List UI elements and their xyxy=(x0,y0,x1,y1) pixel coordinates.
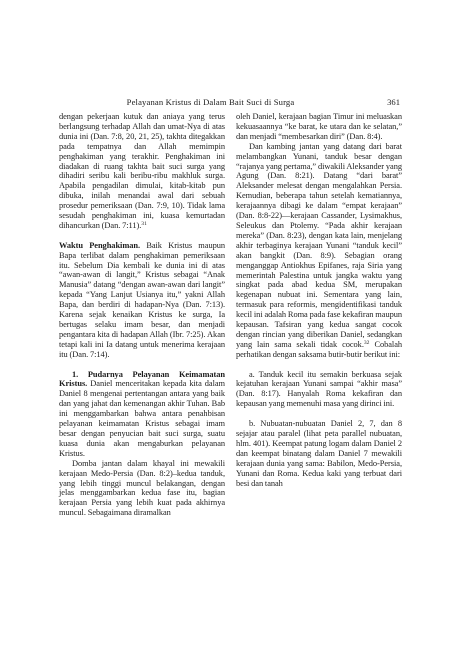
page-number-label: 361 xyxy=(387,97,400,107)
paragraph: Domba jantan dalam khayal ini mewakili k… xyxy=(59,459,225,518)
paragraph: a. Tanduk kecil itu semakin berkuasa sej… xyxy=(236,370,402,410)
paragraph: Dan kambing jantan yang datang dari bara… xyxy=(236,142,402,360)
text-run: Waktu Penghakiman. xyxy=(59,241,146,250)
paragraph: dengan pekerjaan kutuk dan aniaya yang t… xyxy=(59,112,225,231)
text-run: Domba jantan dalam khayal ini mewakili k… xyxy=(59,459,225,518)
column-left: dengan pekerjaan kutuk dan aniaya yang t… xyxy=(59,112,225,518)
text-columns: dengan pekerjaan kutuk dan aniaya yang t… xyxy=(59,112,402,518)
footnote-reference: 31 xyxy=(141,221,147,227)
text-run: b. Nubuatan-nubuatan Daniel 2, 7, dan 8 … xyxy=(236,419,402,487)
paragraph: Waktu Penghakiman. Baik Kristus maupun B… xyxy=(59,241,225,360)
paragraph: 1. Pudarnya Pelayanan Keimamatan Kristus… xyxy=(59,370,225,459)
page-header: Pelayanan Kristus di Dalam Bait Suci di … xyxy=(59,97,402,109)
text-run: oleh Daniel, kerajaan bagian Timur ini m… xyxy=(236,112,402,141)
running-title: Pelayanan Kristus di Dalam Bait Suci di … xyxy=(39,97,382,107)
text-run: Daniel menceritakan kepada kita dalam Da… xyxy=(59,379,225,457)
text-run: a. Tanduk kecil itu semakin berkuasa sej… xyxy=(236,370,402,409)
paragraph: b. Nubuatan-nubuatan Daniel 2, 7, dan 8 … xyxy=(236,419,402,488)
book-page: Pelayanan Kristus di Dalam Bait Suci di … xyxy=(0,0,460,650)
text-run: dengan pekerjaan kutuk dan aniaya yang t… xyxy=(59,112,225,230)
column-right: oleh Daniel, kerajaan bagian Timur ini m… xyxy=(236,112,402,518)
text-run: Dan kambing jantan yang datang dari bara… xyxy=(236,142,402,349)
paragraph: oleh Daniel, kerajaan bagian Timur ini m… xyxy=(236,112,402,142)
text-run: Baik Kristus maupun Bapa terlibat dalam … xyxy=(59,241,225,359)
